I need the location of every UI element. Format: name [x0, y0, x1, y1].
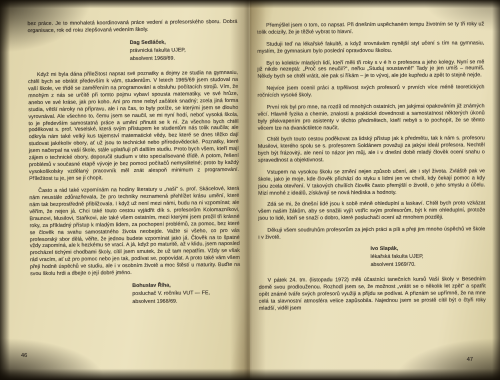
paragraph: První rok byl pro mne, na rozdíl od mnoh…: [258, 103, 485, 132]
scanned-book-photo: bez práce. Je to mnohaletá koordinovaná …: [0, 0, 500, 380]
paragraph: Nejvíce jsem ocenil práci a trpělivost s…: [257, 84, 484, 99]
page-number-right: 47: [467, 357, 473, 363]
paragraph: V pátek 24. tm. (listopadu 1972) měli úč…: [259, 277, 486, 313]
book-spread: bez práce. Je to mnohaletá koordinovaná …: [0, 0, 500, 380]
paragraph: Když mi byla dána příležitost napsat své…: [28, 70, 239, 182]
signature-dag-sedlacek: Dag Sedláček, právnická fakulta UJEP, ab…: [130, 39, 238, 64]
right-page-text: Přemýšlel jsem o tom, co napsat. Při dne…: [257, 21, 486, 317]
right-page: Přemýšlel jsem o tom, co napsat. Při dne…: [250, 0, 500, 380]
signature-bohuslav-riha: Bohuslav Říha, posluchač V. ročníku VUT …: [132, 282, 240, 307]
signature-year: absolvent 1968/69.: [132, 297, 240, 306]
paragraph: Často a rád také vzpomínám na hodiny lit…: [29, 186, 240, 278]
left-page: bez práce. Je to mnohaletá koordinovaná …: [0, 0, 250, 380]
paragraph: Studuji teď na lékařské fakultě, a když …: [257, 40, 484, 55]
paragraph: Děkuji všem soudruhům profesorům za jeji…: [258, 226, 485, 241]
left-page-paragraphs: Když mi byla dána příležitost napsat své…: [28, 70, 240, 278]
signature-year: absolvent 1968/69.: [130, 54, 238, 63]
signature-year: absolvent 1969/70.: [371, 261, 486, 270]
paragraph: Vstupem na vysokou školu se změní nejen …: [258, 168, 485, 197]
paragraph: bez práce. Je to mnohaletá koordinovaná …: [27, 19, 237, 35]
signature-ivo-slapak: Ivo Slapák, lékařská fakulta UJEP, absol…: [370, 245, 485, 269]
paragraph: Byl to kolektiv mladých lidí, kteří měli…: [257, 59, 484, 81]
page-number-left: 46: [21, 353, 27, 359]
paragraph: Chtěl bych touto cestou poděkovat za lid…: [258, 136, 485, 165]
paragraph: Zdá se mi, že dnešní lidé jsou k sobě mé…: [258, 201, 485, 223]
paragraph: Přemýšlel jsem o tom, co napsat. Při dne…: [257, 21, 484, 36]
right-page-paragraphs: Přemýšlel jsem o tom, co napsat. Při dne…: [257, 21, 485, 241]
left-page-text: bez práce. Je to mnohaletá koordinovaná …: [27, 19, 240, 316]
